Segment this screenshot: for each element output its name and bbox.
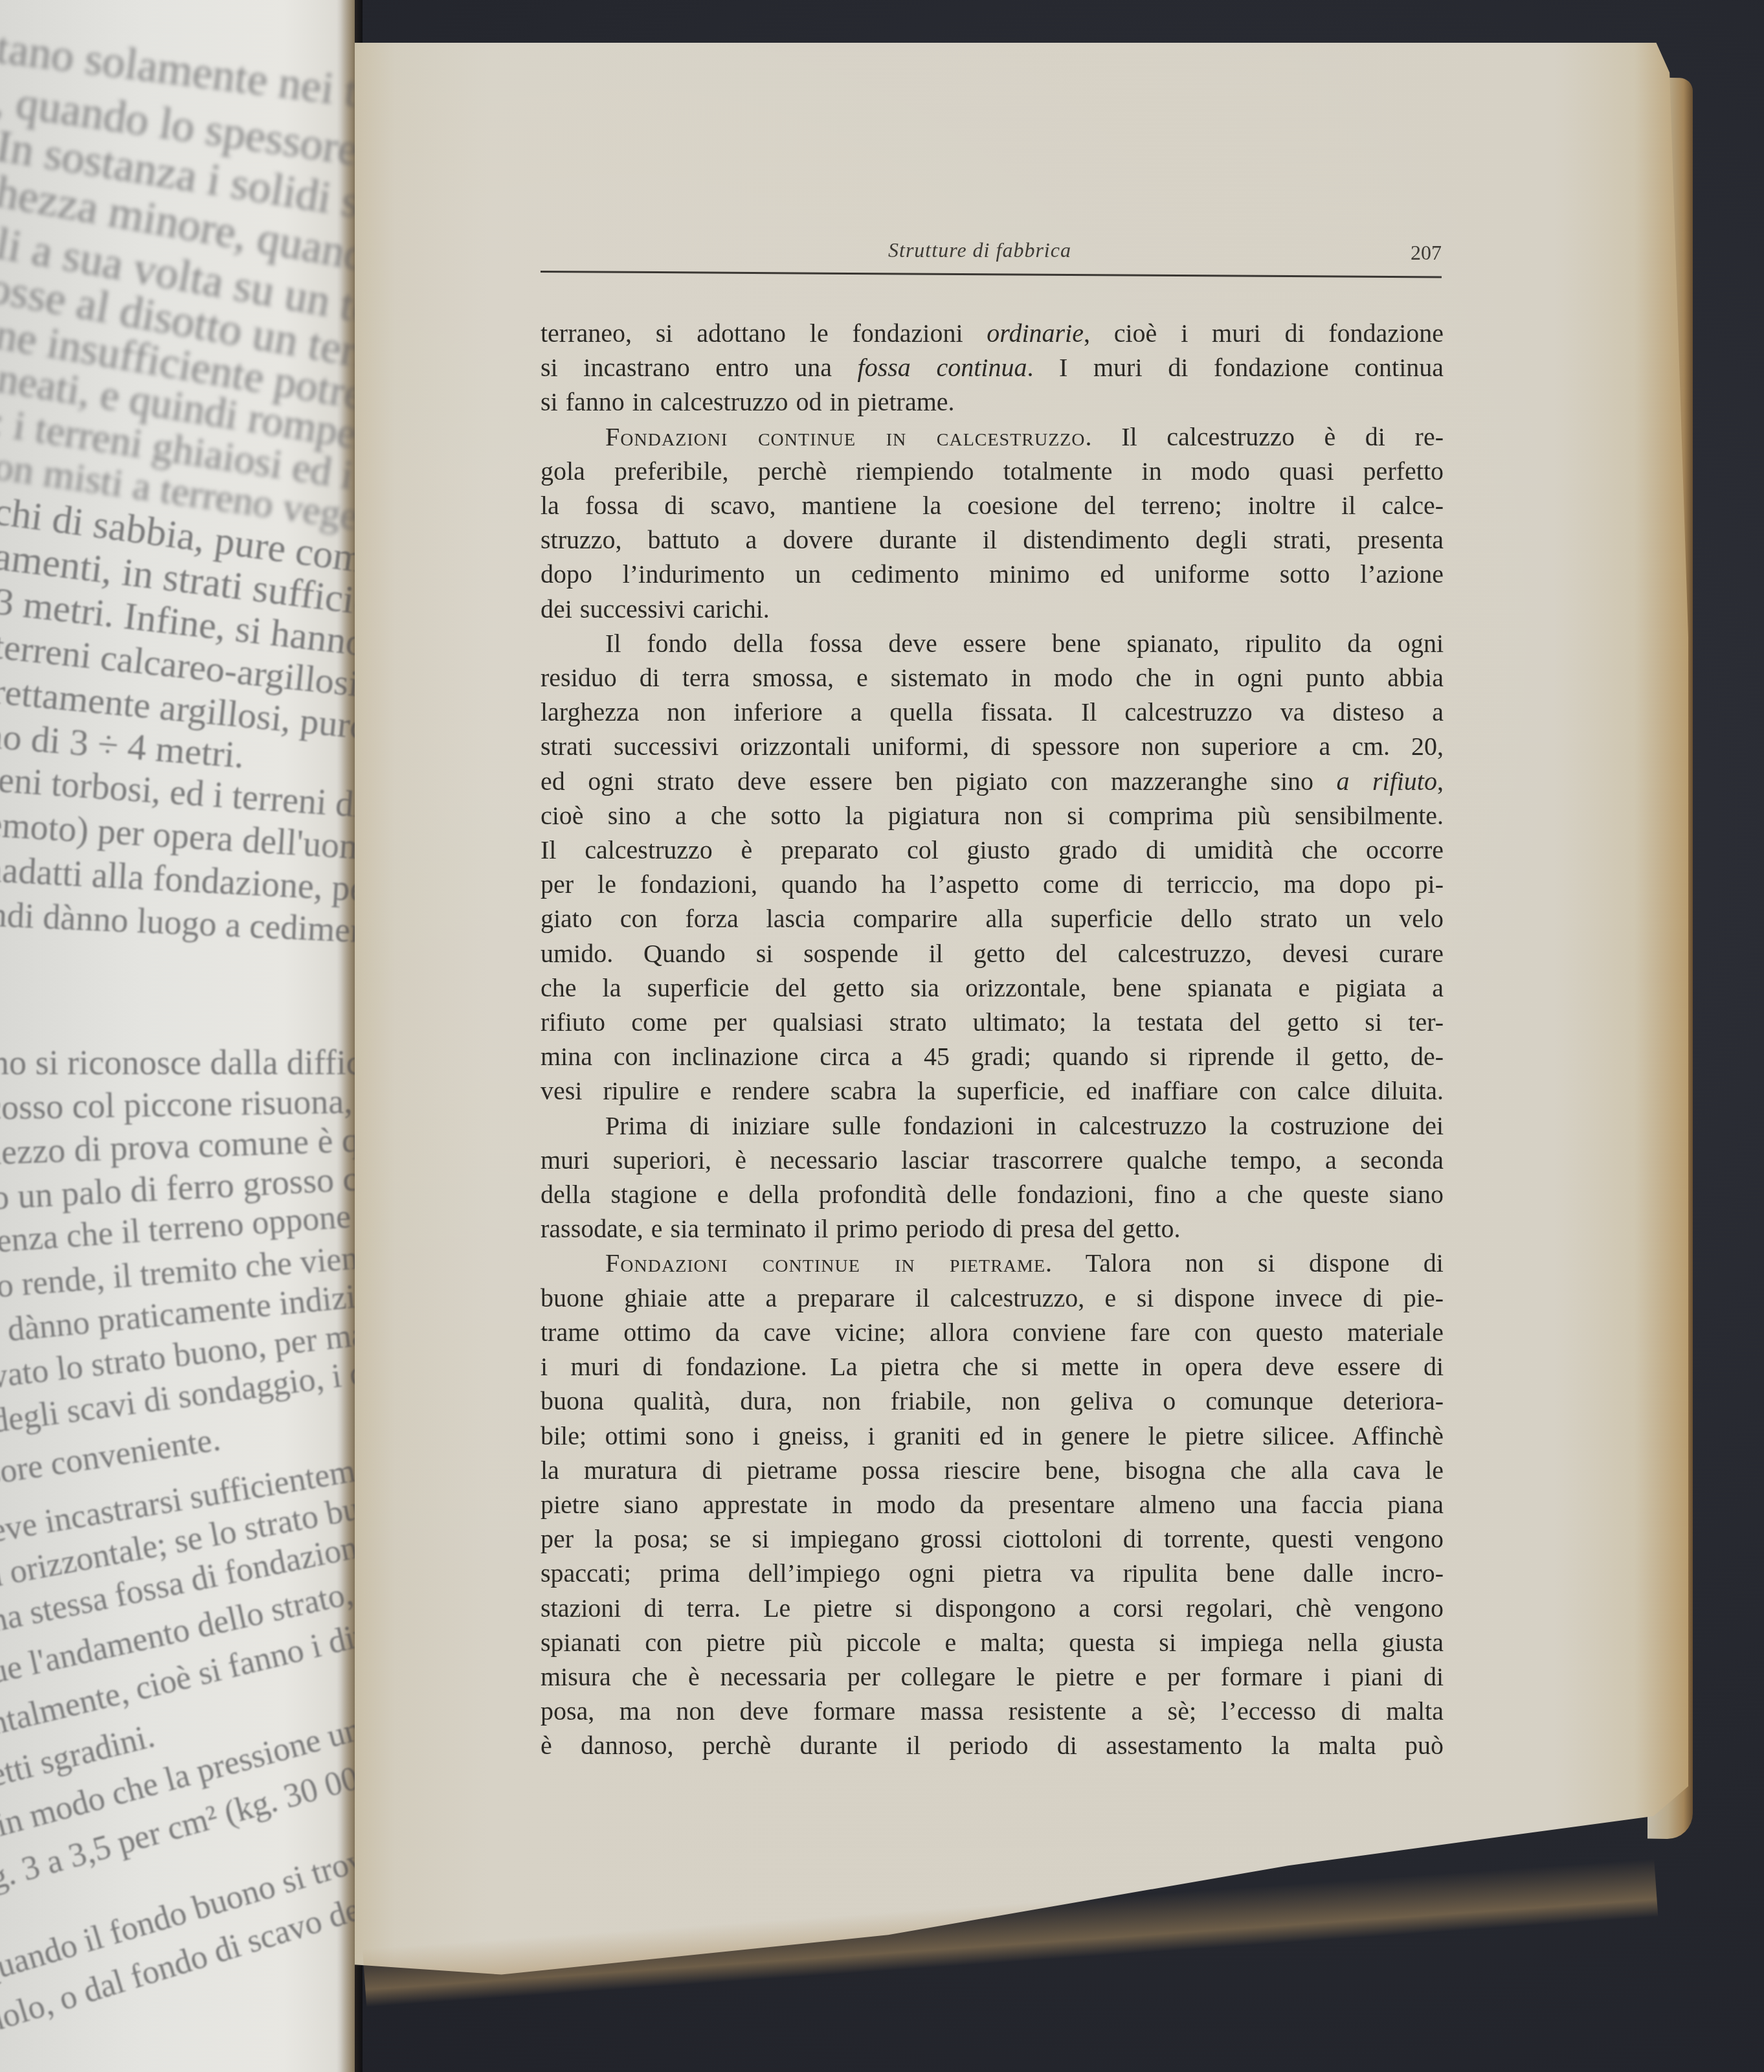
text-line: buona qualità, dura, non friabile, non g…	[541, 1384, 1444, 1418]
text-line: Il calcestruzzo è preparato col giusto g…	[541, 833, 1444, 867]
text-line: pietre siano apprestate in modo da prese…	[541, 1487, 1444, 1522]
text-run: rifiuto come per qualsiasi strato ultima…	[541, 1008, 1444, 1037]
text-run: Prima di iniziare sulle fondazioni in ca…	[605, 1111, 1444, 1140]
body-text: terraneo, si adottano le fondazioni ordi…	[541, 316, 1444, 1763]
text-run: la fossa di scavo, mantiene la coesione …	[541, 491, 1444, 520]
text-line: Prima di iniziare sulle fondazioni in ca…	[541, 1109, 1444, 1143]
text-line: stazioni di terra. Le pietre si dispongo…	[541, 1591, 1444, 1625]
text-line: muri superiori, è necessario lasciar tra…	[541, 1143, 1444, 1177]
text-line: per la posa; se si impiegano grossi ciot…	[541, 1522, 1444, 1556]
text-line: spianati con pietre più piccole e malta;…	[541, 1625, 1444, 1660]
text-line: buone ghiaie atte a preparare il calcest…	[541, 1281, 1444, 1315]
text-run: della stagione e della profondità delle …	[541, 1180, 1444, 1209]
text-line: si fanno in calcestruzzo od in pietrame.	[541, 385, 1444, 419]
text-line: gola preferibile, perchè riempiendo tota…	[541, 454, 1444, 488]
text-run: buona qualità, dura, non friabile, non g…	[541, 1386, 1444, 1415]
text-line: che la superficie del getto sia orizzont…	[541, 971, 1444, 1005]
text-line: della stagione e della profondità delle …	[541, 1177, 1444, 1211]
page-number: 207	[1411, 241, 1442, 265]
text-run: spianati con pietre più piccole e malta;…	[541, 1628, 1444, 1657]
text-line: misura che è necessaria per collegare le…	[541, 1660, 1444, 1694]
text-run: che la superficie del getto sia orizzont…	[541, 973, 1444, 1002]
italic-term: a rifiuto	[1337, 767, 1437, 796]
text-run: misura che è necessaria per collegare le…	[541, 1662, 1444, 1691]
text-run: Il calcestruzzo è preparato col giusto g…	[541, 835, 1444, 864]
text-run: per le fondazioni, quando ha l’aspetto c…	[541, 870, 1444, 899]
text-line: è dannoso, perchè durante il periodo di …	[541, 1728, 1444, 1762]
text-run: buone ghiaie atte a preparare il calcest…	[541, 1283, 1444, 1312]
text-run: cioè sino a che sotto la pigiatura non s…	[541, 801, 1444, 830]
text-line: dei successivi carichi.	[541, 592, 1444, 626]
left-page-line: rcosso col piccone risuona, e quasi	[0, 1079, 355, 1128]
text-run: bile; ottimi sono i gneiss, i graniti ed…	[541, 1421, 1444, 1450]
text-run: la muratura di pietrame possa riescire b…	[541, 1456, 1444, 1485]
text-line: giato con forza lascia comparire alla su…	[541, 901, 1444, 936]
text-run: . Il calcestruzzo è di re-	[1086, 422, 1444, 451]
text-run: pietre siano apprestate in modo da prese…	[541, 1490, 1444, 1519]
text-run: gola preferibile, perchè riempiendo tota…	[541, 456, 1444, 486]
text-line: strati successivi orizzontali uniformi, …	[541, 729, 1444, 763]
text-run: struzzo, battuto a dovere durante il dis…	[541, 525, 1444, 554]
text-line: umido. Quando si sospende il getto del c…	[541, 936, 1444, 971]
text-run: i muri di fondazione. La pietra che si m…	[541, 1352, 1444, 1381]
text-run: , cioè i muri di fondazione	[1084, 319, 1444, 348]
text-line: per le fondazioni, quando ha l’aspetto c…	[541, 867, 1444, 901]
text-line: ed ogni strato deve essere ben pigiato c…	[541, 764, 1444, 798]
text-run: muri superiori, è necessario lasciar tra…	[541, 1145, 1444, 1175]
text-line: mina con inclinazione circa a 45 gradi; …	[541, 1039, 1444, 1074]
text-line: residuo di terra smossa, e sistemato in …	[541, 660, 1444, 695]
text-run: stazioni di terra. Le pietre si dispongo…	[541, 1593, 1444, 1623]
text-run: larghezza non inferiore a quella fissata…	[541, 697, 1444, 726]
section-heading: Fondazioni continue in pietrame	[605, 1248, 1045, 1278]
text-line: bile; ottimi sono i gneiss, i graniti ed…	[541, 1419, 1444, 1453]
text-run: ed ogni strato deve essere ben pigiato c…	[541, 767, 1337, 796]
text-run: strati successivi orizzontali uniformi, …	[541, 732, 1444, 761]
text-line: Il fondo della fossa deve essere bene sp…	[541, 626, 1444, 660]
text-run: si fanno in calcestruzzo od in pietrame.	[541, 387, 955, 416]
text-run: dopo l’indurimento un cedimento minimo e…	[541, 559, 1444, 589]
text-line: la muratura di pietrame possa riescire b…	[541, 1453, 1444, 1487]
text-line: rifiuto come per qualsiasi strato ultima…	[541, 1005, 1444, 1039]
text-line: dopo l’indurimento un cedimento minimo e…	[541, 557, 1444, 591]
text-run: giato con forza lascia comparire alla su…	[541, 904, 1444, 933]
text-run: per la posa; se si impiegano grossi ciot…	[541, 1524, 1444, 1553]
text-line: vesi ripulire e rendere scabra la superf…	[541, 1074, 1444, 1108]
text-line: spaccati; prima dell’impiego ogni pietra…	[541, 1556, 1444, 1590]
text-run: mina con inclinazione circa a 45 gradi; …	[541, 1042, 1444, 1071]
text-line: Fondazioni continue in pietrame. Talora …	[541, 1246, 1444, 1280]
text-run: dei successivi carichi.	[541, 594, 770, 624]
text-run: vesi ripulire e rendere scabra la superf…	[541, 1076, 1444, 1105]
text-line: si incastrano entro una fossa continua. …	[541, 350, 1444, 385]
text-run: residuo di terra smossa, e sistemato in …	[541, 663, 1444, 692]
text-line: la fossa di scavo, mantiene la coesione …	[541, 488, 1444, 523]
text-run: Il fondo della fossa deve essere bene sp…	[605, 629, 1444, 658]
italic-term: ordinarie	[987, 319, 1084, 348]
text-run: rassodate, e sia terminato il primo peri…	[541, 1214, 1181, 1243]
text-run: spaccati; prima dell’impiego ogni pietra…	[541, 1559, 1444, 1588]
left-page-text: ntano solamente nei terrenie, quando lo …	[0, 0, 355, 2072]
text-run: terraneo, si adottano le fondazioni	[541, 319, 987, 348]
text-run: è dannoso, perchè durante il periodo di …	[541, 1731, 1444, 1760]
text-line: larghezza non inferiore a quella fissata…	[541, 695, 1444, 729]
text-run: umido. Quando si sospende il getto del c…	[541, 939, 1444, 968]
text-line: Fondazioni continue in calcestruzzo. Il …	[541, 420, 1444, 454]
left-page-line: ono si riconosce dalla difficoltà che	[0, 1042, 355, 1083]
text-line: terraneo, si adottano le fondazioni ordi…	[541, 316, 1444, 350]
text-run: posa, ma non deve formare massa resisten…	[541, 1696, 1444, 1726]
text-run: ,	[1437, 767, 1444, 796]
section-heading: Fondazioni continue in calcestruzzo	[605, 422, 1086, 451]
text-line: posa, ma non deve formare massa resisten…	[541, 1694, 1444, 1728]
text-line: i muri di fondazione. La pietra che si m…	[541, 1349, 1444, 1384]
text-line: rassodate, e sia terminato il primo peri…	[541, 1211, 1444, 1246]
text-line: trame ottimo da cave vicine; allora conv…	[541, 1315, 1444, 1349]
running-title: Strutture di fabbrica	[888, 238, 1071, 262]
text-run: si incastrano entro una	[541, 353, 858, 382]
text-run: . Talora non si dispone di	[1045, 1248, 1444, 1278]
left-page: ntano solamente nei terrenie, quando lo …	[0, 0, 355, 2072]
text-run: trame ottimo da cave vicine; allora conv…	[541, 1318, 1444, 1347]
italic-term: fossa continua	[858, 353, 1027, 382]
text-run: . I muri di fondazione continua	[1027, 353, 1444, 382]
text-line: cioè sino a che sotto la pigiatura non s…	[541, 798, 1444, 833]
text-line: struzzo, battuto a dovere durante il dis…	[541, 523, 1444, 557]
